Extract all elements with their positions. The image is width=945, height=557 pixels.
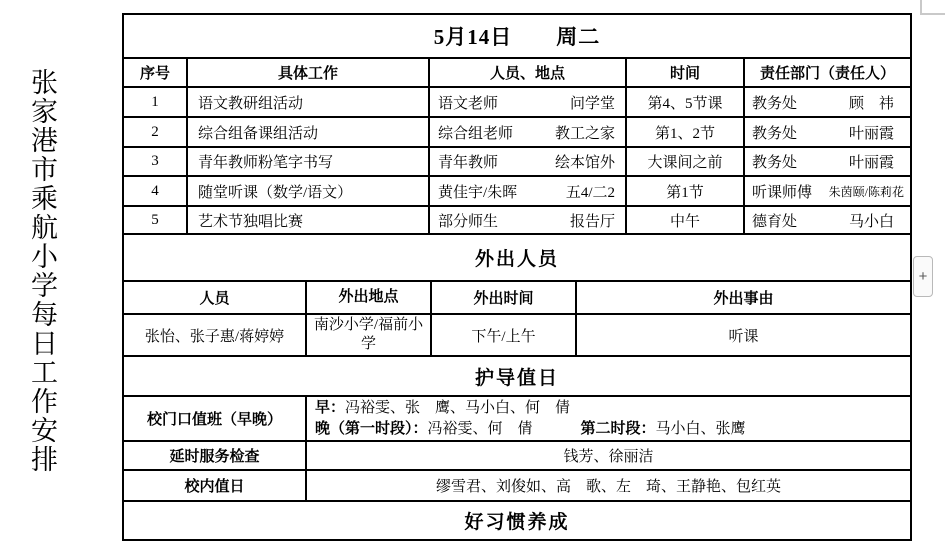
gate-duty-row: 校门口值班（早晚） 早：冯裕雯、张 鹰、马小白、何 倩 晚（第一时段）：冯裕雯、…: [124, 397, 910, 442]
row-time: 中午: [627, 207, 745, 233]
gate-morning-label: 早：: [315, 400, 345, 416]
outing-reason: 听课: [577, 315, 910, 355]
gate-evening2-names: 马小白、张鹰: [656, 421, 746, 437]
schedule-header-row: 序号 具体工作 人员、地点 时间 责任部门（责任人）: [124, 59, 910, 88]
row-task: 艺术节独唱比赛: [188, 207, 430, 233]
duty-section-row: 护导值日: [124, 357, 910, 397]
row-no: 3: [124, 148, 188, 175]
row-dept-person: 德育处 马小白: [745, 207, 910, 233]
row-dept: 德育处: [752, 210, 797, 231]
row-personnel: 综合组老师: [438, 122, 513, 143]
row-dept: 教务处: [752, 151, 797, 172]
schedule-row-4: 4 随堂听课（数学/语文） 黄佳宇/朱晖 五4/二2 第1节 听课师傅 朱茵颐/…: [124, 177, 910, 207]
date-title: 5月14日 周二: [124, 15, 910, 57]
row-personnel-location: 综合组老师 教工之家: [430, 118, 627, 146]
table-date-title-row: 5月14日 周二: [124, 15, 910, 59]
gate-evening1-label: 晚（第一时段）：: [315, 421, 428, 437]
row-time: 大课间之前: [627, 148, 745, 175]
row-task: 综合组备课组活动: [188, 118, 430, 146]
row-dept: 教务处: [752, 122, 797, 143]
document-vertical-title: 张家港市乘航小学每日工作安排: [27, 68, 57, 488]
row-no: 4: [124, 177, 188, 205]
gate-duty-content: 早：冯裕雯、张 鹰、马小白、何 倩 晚（第一时段）：冯裕雯、何 倩第二时段：马小…: [307, 397, 910, 440]
row-person: 顾 祎: [849, 92, 894, 113]
row-task: 青年教师粉笔字书写: [188, 148, 430, 175]
schedule-row-1: 1 语文教研组活动 语文老师 问学堂 第4、5节课 教务处 顾 祎: [124, 88, 910, 118]
gate-evening1-names: 冯裕雯、何 倩: [428, 421, 533, 437]
row-task: 随堂听课（数学/语文）: [188, 177, 430, 205]
schedule-row-2: 2 综合组备课组活动 综合组老师 教工之家 第1、2节 教务处 叶丽霞: [124, 118, 910, 148]
row-no: 2: [124, 118, 188, 146]
campus-duty-row: 校内值日 缪雪君、刘俊如、高 歌、左 琦、王静艳、包红英: [124, 471, 910, 502]
habit-section-row: 好习惯养成: [124, 502, 910, 539]
campus-duty-names: 缪雪君、刘俊如、高 歌、左 琦、王静艳、包红英: [307, 471, 910, 500]
row-dept: 教务处: [752, 92, 797, 113]
row-dept-person: 教务处 顾 祎: [745, 88, 910, 116]
gate-evening-line: 晚（第一时段）：冯裕雯、何 倩第二时段：马小白、张鹰: [315, 419, 746, 440]
outing-header-reason: 外出事由: [577, 282, 910, 313]
outing-section-row: 外出人员: [124, 235, 910, 282]
header-time: 时间: [627, 59, 745, 86]
habit-section-title: 好习惯养成: [124, 502, 910, 539]
row-person: 叶丽霞: [849, 151, 894, 172]
gate-duty-label: 校门口值班（早晚）: [124, 397, 307, 440]
row-no: 5: [124, 207, 188, 233]
row-dept-person: 听课师傅 朱茵颐/陈莉花: [745, 177, 910, 205]
gate-evening2-label: 第二时段：: [581, 421, 656, 437]
add-button[interactable]: +: [913, 256, 933, 297]
outing-header-row: 人员 外出地点 外出时间 外出事由: [124, 282, 910, 315]
outing-header-place: 外出地点: [307, 282, 432, 313]
outing-row: 张怡、张子惠/蒋婷婷 南沙小学/福前小学 下午/上午 听课: [124, 315, 910, 357]
row-no: 1: [124, 88, 188, 116]
row-person: 叶丽霞: [849, 122, 894, 143]
header-personnel-location: 人员、地点: [430, 59, 627, 86]
row-person: 朱茵颐/陈莉花: [829, 183, 904, 200]
daily-schedule-table: 5月14日 周二 序号 具体工作 人员、地点 时间 责任部门（责任人） 1 语文…: [122, 13, 912, 541]
row-location: 教工之家: [555, 122, 615, 143]
row-dept-person: 教务处 叶丽霞: [745, 148, 910, 175]
row-personnel-location: 部分师生 报告厅: [430, 207, 627, 233]
schedule-row-5: 5 艺术节独唱比赛 部分师生 报告厅 中午 德育处 马小白: [124, 207, 910, 235]
row-location: 报告厅: [570, 210, 615, 231]
row-personnel: 部分师生: [438, 210, 498, 231]
row-task: 语文教研组活动: [188, 88, 430, 116]
delay-check-row: 延时服务检查 钱芳、徐丽洁: [124, 442, 910, 471]
row-time: 第1、2节: [627, 118, 745, 146]
outing-time: 下午/上午: [432, 315, 577, 355]
row-dept-person: 教务处 叶丽霞: [745, 118, 910, 146]
header-no: 序号: [124, 59, 188, 86]
row-time: 第4、5节课: [627, 88, 745, 116]
row-personnel: 青年教师: [438, 151, 498, 172]
delay-check-names: 钱芳、徐丽洁: [307, 442, 910, 469]
delay-check-label: 延时服务检查: [124, 442, 307, 469]
row-dept: 听课师傅: [752, 181, 812, 202]
outing-section-title: 外出人员: [124, 235, 910, 280]
row-person: 马小白: [849, 210, 894, 231]
row-personnel-location: 黄佳宇/朱晖 五4/二2: [430, 177, 627, 205]
row-personnel: 语文老师: [438, 92, 498, 113]
gate-morning-names: 冯裕雯、张 鹰、马小白、何 倩: [345, 400, 570, 416]
row-personnel-location: 语文老师 问学堂: [430, 88, 627, 116]
schedule-row-3: 3 青年教师粉笔字书写 青年教师 绘本馆外 大课间之前 教务处 叶丽霞: [124, 148, 910, 177]
row-time: 第1节: [627, 177, 745, 205]
row-location: 问学堂: [570, 92, 615, 113]
page-corner-mark: [920, 13, 945, 15]
outing-place: 南沙小学/福前小学: [307, 315, 432, 355]
page-corner-mark: [920, 0, 922, 14]
gate-morning-line: 早：冯裕雯、张 鹰、马小白、何 倩: [315, 398, 570, 419]
outing-personnel: 张怡、张子惠/蒋婷婷: [124, 315, 307, 355]
header-dept: 责任部门（责任人）: [745, 59, 910, 86]
row-location: 五4/二2: [566, 181, 615, 202]
outing-header-personnel: 人员: [124, 282, 307, 313]
outing-header-time: 外出时间: [432, 282, 577, 313]
duty-section-title: 护导值日: [124, 357, 910, 395]
campus-duty-label: 校内值日: [124, 471, 307, 500]
row-personnel: 黄佳宇/朱晖: [438, 181, 517, 202]
row-personnel-location: 青年教师 绘本馆外: [430, 148, 627, 175]
row-location: 绘本馆外: [555, 151, 615, 172]
header-task: 具体工作: [188, 59, 430, 86]
